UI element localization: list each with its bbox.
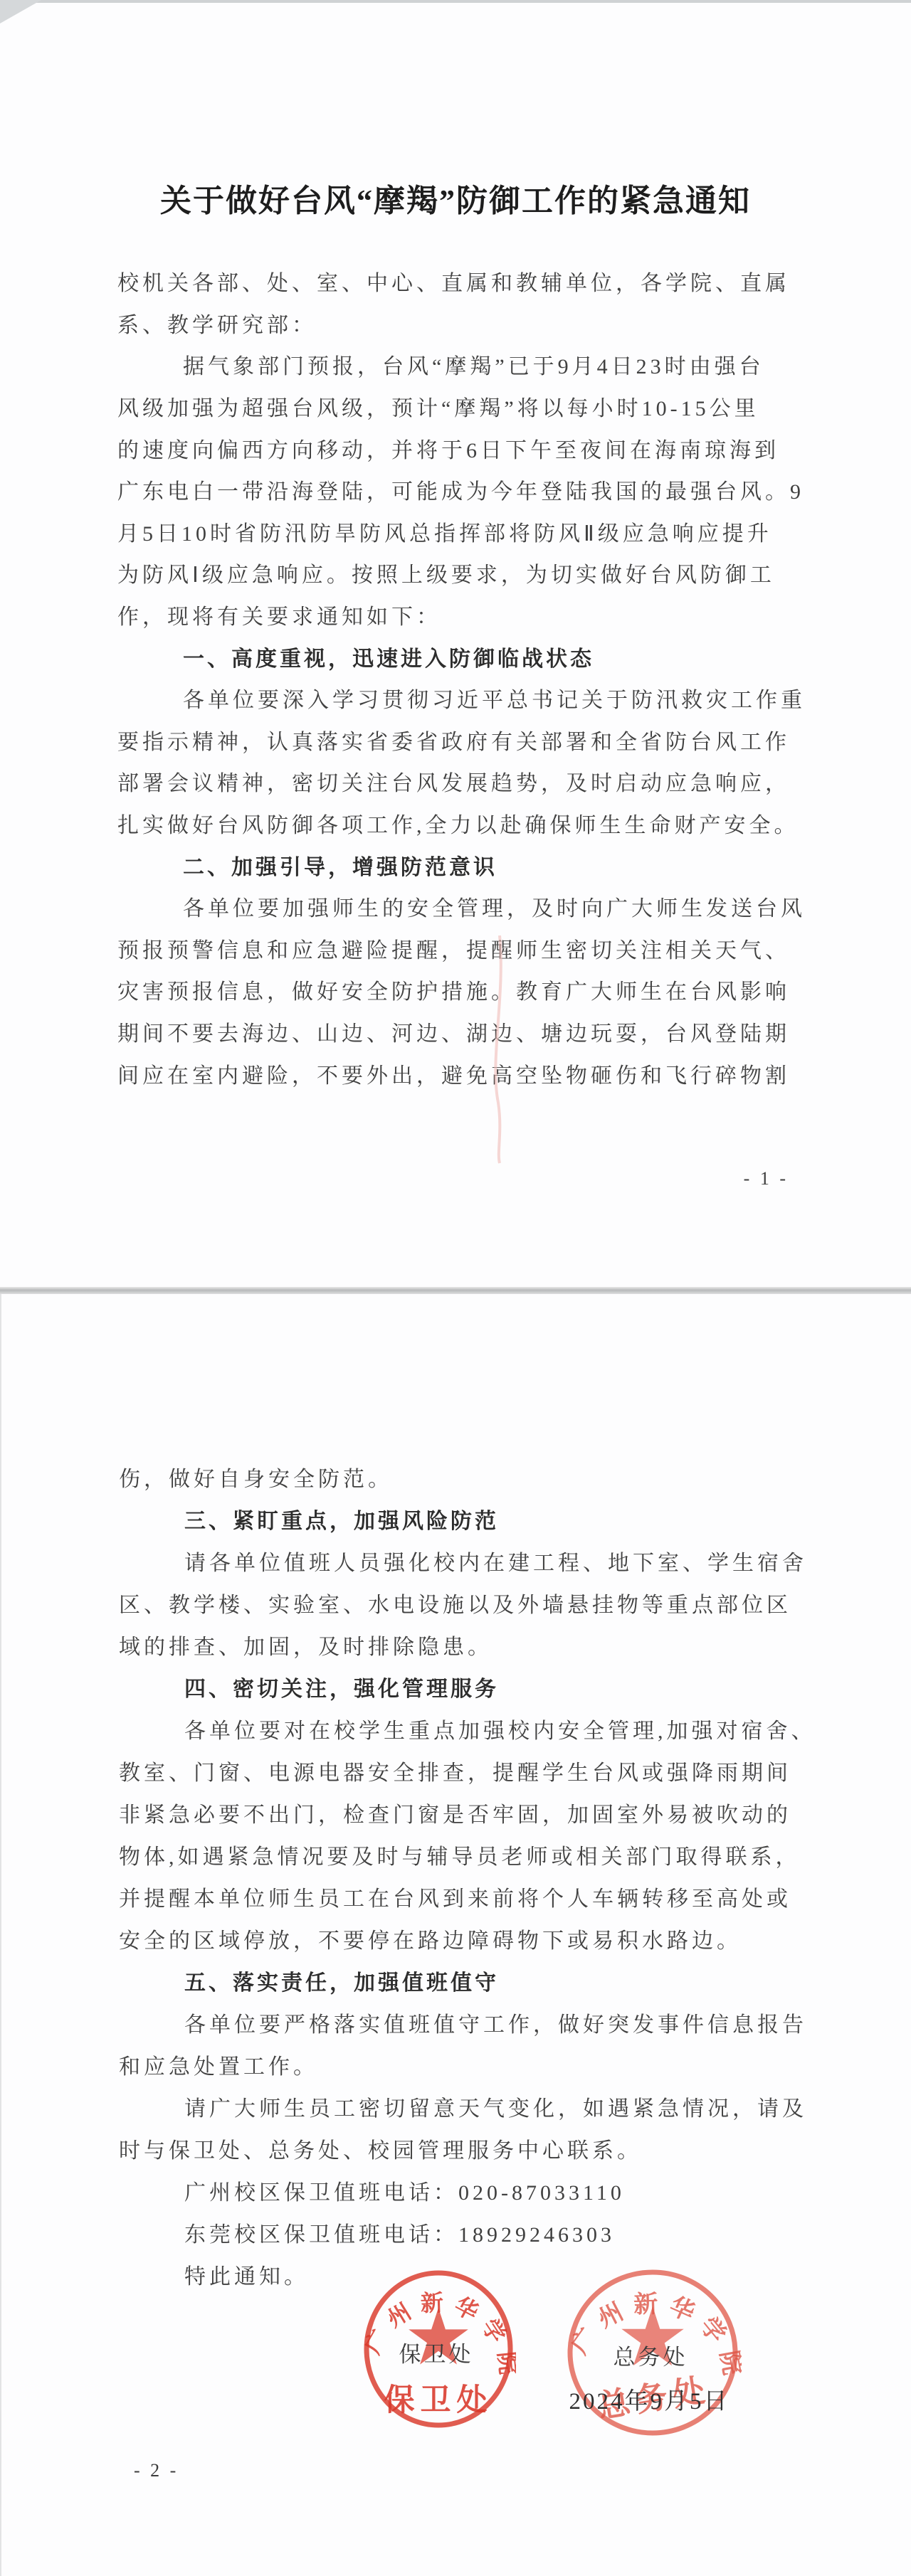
stamp-dept-typed: 总务处 [614,2345,688,2370]
text-line: 各单位要对在校学生重点加强校内安全管理,加强对宿舍、 [119,1707,873,1749]
text-line: 作，现将有关要求通知如下： [117,594,872,636]
text-line: 请各单位值班人员强化校内在建工程、地下室、学生宿舍 [119,1539,873,1581]
text-line: 非紧急必要不出门，检查门窗是否牢固，加固室外易被吹动的 [119,1791,873,1833]
text-line: 各单位要加强师生的安全管理，及时向广大师生发送台风 [117,886,872,928]
text-line: 风级加强为超强台风级，预计“摩羯”将以每小时10-15公里 [117,386,872,428]
text-line: 为防风Ⅰ级应急响应。按照上级要求，为切实做好台风防御工 [117,552,872,594]
text-line: 二、加强引导，增强防范意识 [117,844,872,886]
text-line: 域的排查、加固，及时排除隐患。 [119,1623,873,1665]
security-dept-stamp: 广州新华学院 保卫处 保卫处 [361,2268,516,2430]
scan-top-edge [0,0,911,3]
page-1: 关于做好台风“摩羯”防御工作的紧急通知 校机关各部、处、室、中心、直属和教辅单位… [0,0,911,1288]
page-2-text: 伤，做好自身安全防范。三、紧盯重点，加强风险防范请各单位值班人员强化校内在建工程… [119,1456,873,2295]
notice-title: 关于做好台风“摩羯”防御工作的紧急通知 [0,175,911,221]
text-line: 并提醒本单位师生员工在台风到来前将个人车辆转移至高处或 [119,1875,873,1917]
text-line: 校机关各部、处、室、中心、直属和教辅单位，各学院、直属 [117,260,872,302]
issue-date: 2024年9月5日 [558,2382,740,2416]
text-line: 要指示精神，认真落实省委省政府有关部署和全省防台风工作 [117,719,872,761]
text-line: 据气象部门预报，台风“摩羯”已于9月4日23时由强台 [117,344,872,386]
text-line: 请广大师生员工密切留意天气变化，如遇紧急情况，请及 [119,2085,873,2127]
text-line: 安全的区域停放，不要停在路边障碍物下或易积水路边。 [119,1917,873,1959]
text-line: 物体,如遇紧急情况要及时与辅导员老师或相关部门取得联系， [119,1833,873,1875]
stamp-dept-red: 保卫处 [384,2383,493,2417]
page-2: 伤，做好自身安全防范。三、紧盯重点，加强风险防范请各单位值班人员强化校内在建工程… [0,1294,911,2576]
text-line: 东莞校区保卫值班电话：18929246303 [119,2211,873,2253]
page-number-1: - 1 - [744,1168,789,1189]
text-line: 广州校区保卫值班电话：020-87033110 [119,2169,873,2211]
text-line: 伤，做好自身安全防范。 [119,1456,873,1498]
stamp-dept-typed: 保卫处 [399,2342,474,2367]
scanned-notice-document: 关于做好台风“摩羯”防御工作的紧急通知 校机关各部、处、室、中心、直属和教辅单位… [0,0,911,2576]
text-line: 各单位要深入学习贯彻习近平总书记关于防汛救灾工作重 [117,677,872,719]
text-line: 月5日10时省防汛防旱防风总指挥部将防风Ⅱ级应急响应提升 [117,511,872,553]
text-line: 教室、门窗、电源电器安全排查，提醒学生台风或强降雨期间 [119,1749,873,1791]
text-line: 部署会议精神，密切关注台风发展趋势，及时启动应急响应， [117,760,872,802]
text-line: 扎实做好台风防御各项工作,全力以赴确保师生生命财产安全。 [117,802,872,844]
text-line: 广东电白一带沿海登陆，可能成为今年登陆我国的最强台风。9 [117,469,872,511]
text-line: 三、紧盯重点，加强风险防范 [119,1498,873,1539]
page-corner-fold [0,0,41,23]
text-line: 四、密切关注，强化管理服务 [119,1665,873,1707]
text-line: 时与保卫处、总务处、校园管理服务中心联系。 [119,2127,873,2169]
page-number-2: - 2 - [134,2460,179,2481]
text-line: 各单位要严格落实值班值守工作，做好突发事件信息报告 [119,2001,873,2043]
text-line: 五、落实责任，加强值班值守 [119,1959,873,2001]
scan-artifact-streak [484,932,515,1167]
page-separator [0,1287,911,1294]
text-line: 系、教学研究部： [117,302,872,344]
text-line: 的速度向偏西方向移动，并将于6日下午至夜间在海南琼海到 [117,427,872,469]
text-line: 一、高度重视，迅速进入防御临战状态 [117,635,872,677]
text-line: 区、教学楼、实验室、水电设施以及外墙悬挂物等重点部位区 [119,1581,873,1623]
text-line: 和应急处置工作。 [119,2043,873,2085]
